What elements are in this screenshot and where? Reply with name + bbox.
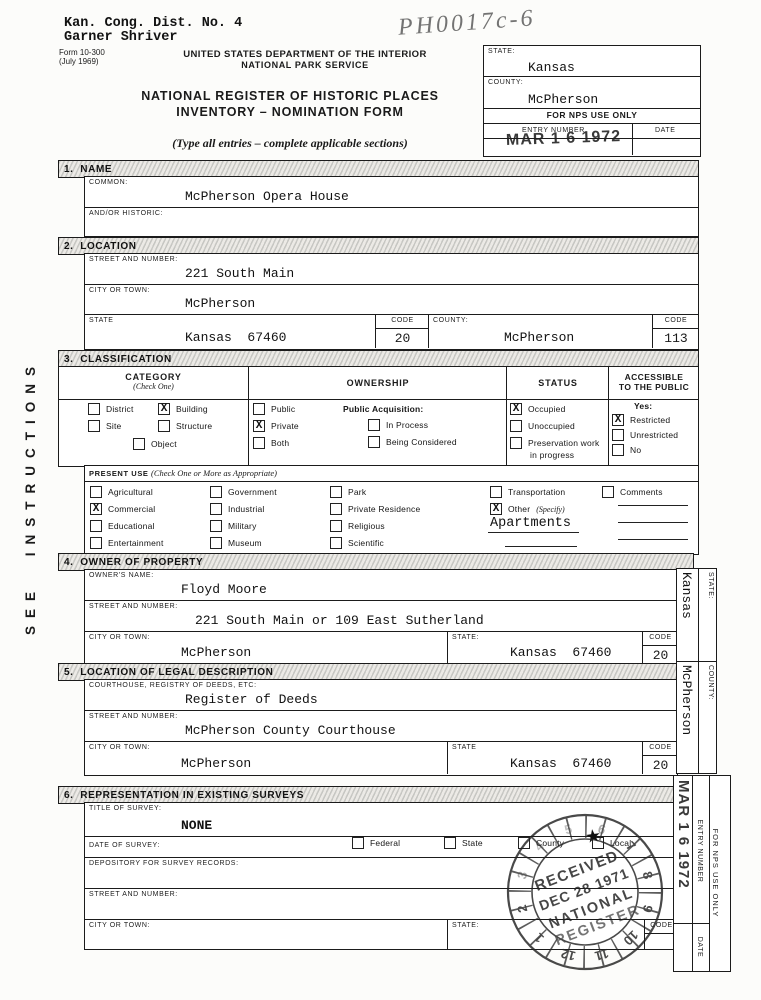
survey-city-label: CITY OR TOWN:: [89, 922, 150, 929]
blank-line: [618, 539, 688, 540]
svg-text:10: 10: [621, 928, 642, 949]
owner-street-value: 221 South Main or 109 East Sutherland: [195, 613, 484, 628]
checkbox-private-residence: Private Residence: [330, 503, 420, 515]
checkbox-commercial: X Commercial: [90, 503, 155, 515]
state-value: Kansas 67460: [185, 330, 286, 345]
unoccupied-checkbox-box: [510, 420, 522, 432]
legal-street-label: STREET AND NUMBER:: [89, 713, 178, 720]
county-cell: COUNTY: McPherson: [428, 315, 653, 348]
nps-use-only-strip: FOR NPS USE ONLY: [484, 109, 700, 124]
present-use-hint: (Check One or More as Appropriate): [151, 468, 277, 478]
county-code-label: CODE: [653, 317, 699, 324]
checkbox-military: Military: [210, 520, 257, 532]
city-value: McPherson: [185, 296, 255, 311]
legal-code-cell: CODE 20: [642, 742, 678, 774]
classification-table: CATEGORY (Check One) OWNERSHIP STATUS AC…: [58, 366, 699, 467]
panel-entry-stamp: MAR 1 6 1972: [674, 780, 694, 908]
svg-text:7: 7: [623, 838, 639, 854]
legal-city-row: CITY OR TOWN: McPherson STATE Kansas 674…: [85, 742, 677, 774]
checkbox-unoccupied: Unoccupied: [510, 420, 575, 432]
street-value: 221 South Main: [185, 266, 294, 281]
type-instruction: (Type all entries – complete applicable …: [70, 136, 510, 151]
military-checkbox-box: [210, 520, 222, 532]
classification-header-row: CATEGORY (Check One) OWNERSHIP STATUS AC…: [59, 367, 698, 400]
legal-code-label: CODE: [643, 744, 678, 751]
panel-date-divider: [674, 923, 709, 924]
checkbox-religious: Religious: [330, 520, 385, 532]
checkbox-site: Site: [88, 420, 121, 432]
owner-city-value: McPherson: [181, 645, 251, 660]
survey-state-label: STATE:: [452, 922, 479, 929]
historic-name-field: AND/OR HISTORIC:: [85, 208, 698, 235]
owner-street-field: STREET AND NUMBER: 221 South Main or 109…: [85, 601, 677, 632]
congressional-district-note: Kan. Cong. Dist. No. 4 Garner Shriver: [64, 17, 242, 45]
svg-text:8: 8: [640, 870, 656, 881]
checkbox-educational: Educational: [90, 520, 155, 532]
section-4-fields: OWNER'S NAME: Floyd Moore STREET AND NUM…: [84, 569, 678, 665]
sidebar-county-label: COUNTY:: [697, 665, 714, 768]
in-process-checkbox-box: [368, 419, 380, 431]
accessible-yes-label: Yes:: [634, 401, 652, 411]
form-revision: (July 1969): [59, 57, 105, 66]
accessible-header-line2: TO THE PUBLIC: [609, 382, 699, 392]
present-use-strip: PRESENT USE (Check One or More as Approp…: [85, 466, 698, 482]
historic-label: AND/OR HISTORIC:: [89, 210, 163, 217]
code-divider: [643, 755, 678, 756]
section-1-heading: 1. NAME: [59, 164, 112, 175]
checkbox-transportation: Transportation: [490, 486, 565, 498]
sidebar-state-value: Kansas: [676, 572, 697, 657]
courthouse-value: Register of Deeds: [185, 692, 318, 707]
street-field: STREET AND NUMBER: 221 South Main: [85, 254, 698, 285]
owner-city-row: CITY OR TOWN: McPherson STATE: Kansas 67…: [85, 632, 677, 663]
status-header-text: STATUS: [507, 378, 609, 388]
nps-county-value: McPherson: [528, 92, 598, 107]
see-instructions-note: SEE INSTRUCTIONS: [17, 331, 43, 663]
legal-state-cell: STATE Kansas 67460: [447, 742, 643, 774]
legal-state-value: Kansas 67460: [510, 756, 611, 771]
checkbox-preservation: Preservation work: [510, 437, 599, 449]
nps-use-only-label: FOR NPS USE ONLY: [547, 110, 638, 120]
county-code-value: 113: [653, 331, 699, 346]
svg-text:1: 1: [531, 930, 547, 946]
county-code-cell: CODE 113: [652, 315, 699, 348]
section-3-heading: 3. CLASSIFICATION: [59, 354, 172, 365]
structure-checkbox-box: [158, 420, 170, 432]
object-checkbox-box: [133, 438, 145, 450]
preservation-checkbox-box: [510, 437, 522, 449]
industrial-checkbox-box: [210, 503, 222, 515]
common-name-field: COMMON: McPherson Opera House: [85, 177, 698, 208]
owner-city-label: CITY OR TOWN:: [89, 634, 150, 641]
street-label: STREET AND NUMBER:: [89, 256, 178, 263]
restricted-checkbox-box: X: [612, 414, 624, 426]
checkbox-restricted: X Restricted: [612, 414, 670, 426]
blank-line: [618, 505, 688, 506]
survey-title-label: TITLE OF SURVEY:: [89, 805, 162, 812]
checkbox-both: Both: [253, 437, 289, 449]
owner-state-label: STATE:: [452, 634, 479, 641]
both-checkbox-box: [253, 437, 265, 449]
accessible-header: ACCESSIBLE TO THE PUBLIC: [608, 367, 699, 399]
checkbox-scientific: Scientific: [330, 537, 384, 549]
other-specify-hint: (Specify): [536, 505, 564, 514]
checkbox-government: Government: [210, 486, 277, 498]
district-checkbox-box: [88, 403, 100, 415]
private-residence-checkbox-box: [330, 503, 342, 515]
panel-nps-use-only-label: FOR NPS USE ONLY: [706, 780, 726, 966]
checkbox-in-process: In Process: [368, 419, 428, 431]
state-code-label: CODE: [376, 317, 429, 324]
checkbox-museum: Museum: [210, 537, 262, 549]
checkbox-occupied: X Occupied: [510, 403, 566, 415]
section-2-fields: STREET AND NUMBER: 221 South Main CITY O…: [84, 253, 699, 350]
ownership-header: OWNERSHIP: [248, 367, 507, 399]
depository-label: DEPOSITORY FOR SURVEY RECORDS:: [89, 860, 239, 867]
dept-line1: UNITED STATES DEPARTMENT OF THE INTERIOR: [115, 49, 495, 60]
blank-line: [618, 522, 688, 523]
county-value: McPherson: [504, 330, 574, 345]
educational-checkbox-box: [90, 520, 102, 532]
museum-checkbox-box: [210, 537, 222, 549]
checkbox-state-survey: State: [444, 837, 483, 849]
checkbox-park: Park: [330, 486, 366, 498]
svg-text:2: 2: [514, 903, 530, 914]
dept-line2: NATIONAL PARK SERVICE: [115, 60, 495, 70]
legal-city-value: McPherson: [181, 756, 251, 771]
preservation-label-line2: in progress: [530, 450, 574, 460]
checkbox-comments: Comments: [602, 486, 663, 498]
svg-text:6: 6: [596, 821, 607, 837]
city-field: CITY OR TOWN: McPherson: [85, 285, 698, 315]
section-4-heading: 4. OWNER OF PROPERTY: [59, 557, 203, 568]
handwritten-annotation: PH0017c-6: [397, 5, 536, 42]
checkbox-being-considered: Being Considered: [368, 436, 457, 448]
legal-street-value: McPherson County Courthouse: [185, 723, 396, 738]
legal-code-value: 20: [643, 758, 678, 773]
blank-line: [505, 546, 577, 547]
city-label: CITY OR TOWN:: [89, 287, 150, 294]
code-divider: [643, 645, 678, 646]
religious-checkbox-box: [330, 520, 342, 532]
occupied-checkbox-box: X: [510, 403, 522, 415]
state-county-row: STATE Kansas 67460 CODE 20 COUNTY: McPhe…: [85, 315, 698, 348]
checkbox-building: X Building: [158, 403, 208, 415]
sidebar-county-value: McPherson: [676, 665, 697, 768]
courthouse-field: COURTHOUSE, REGISTRY OF DEEDS, ETC: Regi…: [85, 680, 677, 711]
owner-name-field: OWNER'S NAME: Floyd Moore: [85, 570, 677, 601]
private-checkbox-box: X: [253, 420, 265, 432]
being-considered-checkbox-box: [368, 436, 380, 448]
owner-code-value: 20: [643, 648, 678, 663]
checkbox-district: District: [88, 403, 134, 415]
section-2-heading: 2. LOCATION: [59, 241, 137, 252]
owner-state-value: Kansas 67460: [510, 645, 611, 660]
public-checkbox-box: [253, 403, 265, 415]
checkbox-industrial: Industrial: [210, 503, 265, 515]
checkbox-other: X Other (Specify): [490, 503, 565, 515]
nps-state-label: STATE:: [488, 48, 515, 55]
unrestricted-checkbox-box: [612, 429, 624, 441]
form-number: Form 10-300: [59, 48, 105, 57]
date-label: DATE: [655, 127, 676, 134]
building-checkbox-box: X: [158, 403, 170, 415]
owner-value: Floyd Moore: [181, 582, 267, 597]
svg-text:9: 9: [640, 903, 656, 914]
other-checkbox-box: X: [490, 503, 502, 515]
transportation-checkbox-box: [490, 486, 502, 498]
nps-county-label: COUNTY:: [488, 79, 523, 86]
state-label: STATE: [89, 317, 114, 324]
federal-checkbox-box: [352, 837, 364, 849]
owner-label: OWNER'S NAME:: [89, 572, 154, 579]
owner-street-label: STREET AND NUMBER:: [89, 603, 178, 610]
scientific-checkbox-box: [330, 537, 342, 549]
checkbox-agricultural: Agricultural: [90, 486, 153, 498]
checkbox-structure: Structure: [158, 420, 212, 432]
legal-street-field: STREET AND NUMBER: McPherson County Cour…: [85, 711, 677, 742]
form-title: NATIONAL REGISTER OF HISTORIC PLACES INV…: [70, 88, 510, 120]
category-header-hint: (Check One): [59, 382, 248, 391]
checkbox-federal: Federal: [352, 837, 400, 849]
survey-street-label: STREET AND NUMBER:: [89, 891, 178, 898]
status-header: STATUS: [506, 367, 609, 399]
checkbox-public: Public: [253, 403, 295, 415]
section-6-heading: 6. REPRESENTATION IN EXISTING SURVEYS: [59, 790, 304, 801]
courthouse-label: COURTHOUSE, REGISTRY OF DEEDS, ETC:: [89, 682, 257, 689]
representative-line: Garner Shriver: [64, 31, 242, 45]
public-acquisition-label: Public Acquisition:: [343, 404, 423, 414]
nps-date-value-cell: [632, 139, 701, 155]
common-value: McPherson Opera House: [185, 189, 349, 204]
checkbox-no: No: [612, 444, 641, 456]
department-heading: UNITED STATES DEPARTMENT OF THE INTERIOR…: [115, 49, 495, 70]
other-use-value: Apartments: [488, 516, 579, 533]
code-divider: [653, 328, 699, 329]
section-5-heading: 5. LOCATION OF LEGAL DESCRIPTION: [59, 667, 273, 678]
title-line1: NATIONAL REGISTER OF HISTORIC PLACES: [70, 88, 510, 104]
owner-code-cell: CODE 20: [642, 632, 678, 663]
survey-title-value: NONE: [181, 818, 212, 833]
government-checkbox-box: [210, 486, 222, 498]
state-code-value: 20: [376, 331, 429, 346]
section-5-fields: COURTHOUSE, REGISTRY OF DEEDS, ETC: Regi…: [84, 679, 678, 776]
commercial-checkbox-box: X: [90, 503, 102, 515]
code-divider: [376, 328, 429, 329]
legal-state-label: STATE: [452, 744, 477, 751]
no-checkbox-box: [612, 444, 624, 456]
owner-code-label: CODE: [643, 634, 678, 641]
common-label: COMMON:: [89, 179, 128, 186]
nps-date-cell: DATE: [632, 124, 701, 138]
checkbox-unrestricted: Unrestricted: [612, 429, 678, 441]
svg-text:11: 11: [593, 946, 610, 964]
svg-text:3: 3: [514, 870, 530, 881]
county-label: COUNTY:: [433, 317, 468, 324]
category-header-text: CATEGORY: [59, 372, 248, 382]
district-line: Kan. Cong. Dist. No. 4: [64, 17, 242, 31]
svg-text:12: 12: [559, 946, 577, 964]
form-number-block: Form 10-300 (July 1969): [59, 48, 105, 66]
section-1-fields: COMMON: McPherson Opera House AND/OR HIS…: [84, 176, 699, 237]
nps-state-row: STATE: Kansas: [484, 46, 700, 77]
checkbox-entertainment: Entertainment: [90, 537, 164, 549]
checkbox-private: X Private: [253, 420, 299, 432]
title-line2: INVENTORY – NOMINATION FORM: [70, 104, 510, 120]
state-code-cell: CODE 20: [375, 315, 429, 348]
survey-date-label: DATE OF SURVEY:: [89, 842, 160, 849]
legal-city-label: CITY OR TOWN:: [89, 744, 150, 751]
nps-state-value: Kansas: [528, 60, 575, 75]
nps-county-row: COUNTY: McPherson: [484, 77, 700, 109]
accessible-header-line1: ACCESSIBLE: [609, 372, 699, 382]
entertainment-checkbox-box: [90, 537, 102, 549]
svg-text:4: 4: [531, 838, 547, 854]
agricultural-checkbox-box: [90, 486, 102, 498]
comments-checkbox-box: [602, 486, 614, 498]
state-survey-checkbox-box: [444, 837, 456, 849]
checkbox-object: Object: [133, 438, 177, 450]
present-use-label: PRESENT USE: [89, 469, 149, 478]
category-header: CATEGORY (Check One): [59, 372, 248, 391]
site-checkbox-box: [88, 420, 100, 432]
scanned-nomination-form: Kan. Cong. Dist. No. 4 Garner Shriver PH…: [0, 0, 761, 1000]
owner-state-cell: STATE: Kansas 67460: [447, 632, 643, 663]
park-checkbox-box: [330, 486, 342, 498]
sidebar-state-label: STATE:: [697, 572, 714, 657]
ownership-header-text: OWNERSHIP: [249, 378, 507, 388]
received-stamp: 7 8 9 10 11 12 1 2 3 4 5 6 RECEIVED DEC …: [497, 804, 673, 980]
svg-text:5: 5: [563, 821, 574, 837]
